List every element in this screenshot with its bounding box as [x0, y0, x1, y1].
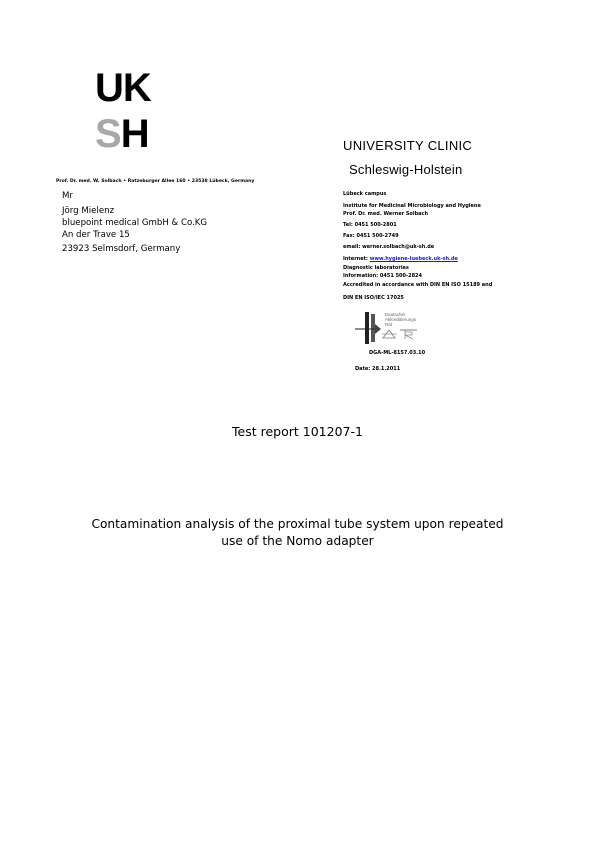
recipient-street: An der Trave 15	[62, 230, 130, 241]
subtitle-line-1: Contamination analysis of the proximal t…	[0, 516, 595, 533]
clinic-name: UNIVERSITY CLINIC	[343, 138, 472, 153]
dar-accreditation-logo: Deutscher Akkreditierungs Rat	[355, 312, 435, 344]
logo-text-s: S	[95, 112, 121, 156]
institute-internet: Internet: www.hygiene-luebeck.uk-sh.de	[343, 256, 458, 262]
recipient-company: bluepoint medical GmbH & Co.KG	[62, 218, 207, 229]
accreditation-number: DGA-ML-8157.03.10	[369, 350, 425, 356]
institute-director: Prof. Dr. med. Werner Solbach	[343, 211, 428, 217]
report-subtitle: Contamination analysis of the proximal t…	[0, 516, 595, 550]
recipient-salutation: Mr	[62, 191, 73, 202]
logo-text-uk: UK	[95, 66, 151, 110]
institute-email: email: werner.solbach@uk-sh.de	[343, 244, 434, 250]
sender-return-address: Prof. Dr. med. W. Solbach • Ratzeburger …	[56, 179, 254, 184]
institute-website-link[interactable]: www.hygiene-luebeck.uk-sh.de	[370, 256, 458, 262]
report-title: Test report 101207-1	[0, 424, 595, 439]
internet-label: Internet:	[343, 256, 368, 262]
logo-uk: UK	[95, 68, 151, 108]
diagnostic-labs: Diagnostic laboratories	[343, 265, 409, 271]
iso-standard: DIN EN ISO/IEC 17025	[343, 295, 404, 301]
institute-fax: Fax: 0451 500-2749	[343, 233, 399, 239]
report-date: Date: 28.1.2011	[355, 366, 400, 372]
subtitle-line-2: use of the Nomo adapter	[0, 533, 595, 550]
logo-sh: SH	[95, 114, 149, 154]
logo-text-h: H	[121, 112, 149, 156]
institute-tel: Tel: 0451 500-2801	[343, 222, 397, 228]
institute-name: Institute for Medicinal Microbiology and…	[343, 203, 481, 209]
accreditation-statement: Accredited in accordance with DIN EN ISO…	[343, 282, 492, 288]
dar-logo-text: Deutscher Akkreditierungs Rat	[385, 312, 416, 327]
recipient-name: Jörg Mielenz	[62, 206, 114, 217]
lab-information: Information: 0451 500-2824	[343, 273, 422, 279]
dar-text-line: Rat	[385, 322, 416, 327]
campus-label: Lübeck campus	[343, 191, 386, 197]
recipient-city: 23923 Selmsdorf, Germany	[62, 244, 180, 255]
clinic-state: Schleswig-Holstein	[349, 162, 462, 177]
